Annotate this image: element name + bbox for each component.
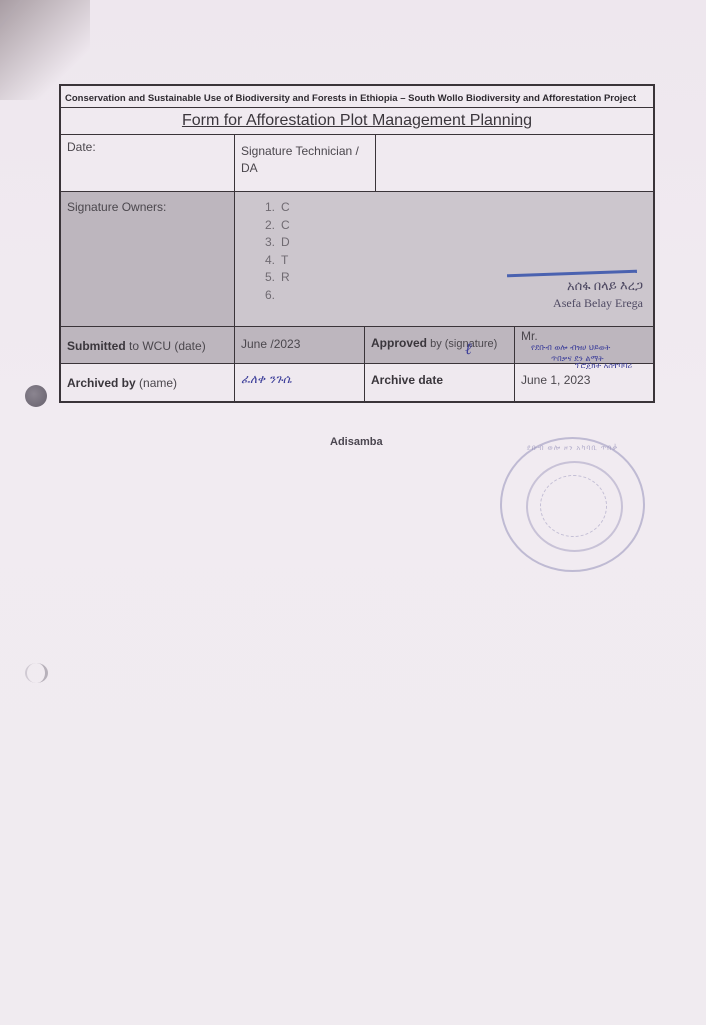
owner-item: 3.D — [265, 234, 647, 252]
technician-signature-field[interactable] — [376, 135, 653, 191]
owners-stamp-latin: Asefa Belay Erega — [553, 296, 643, 311]
owners-stamp-amharic: አሰፋ በላይ እረጋ — [567, 278, 643, 294]
project-header: Conservation and Sustainable Use of Biod… — [61, 86, 653, 107]
official-seal: ደቡብ ወሎ ዞን አካባቢ ጥበቃ — [500, 437, 645, 572]
project-header-row: Conservation and Sustainable Use of Biod… — [61, 86, 653, 108]
punch-hole — [25, 385, 47, 407]
approved-signature-field[interactable]: Mr. የደቡብ ወሎ ብዝሀ ህይወት ጥበቃና ደን ልማት — [515, 327, 653, 363]
owner-item: 4.T — [265, 252, 647, 270]
archive-date-label: Archive date — [365, 364, 515, 401]
archive-date-field[interactable]: June 1, 2023 ፕሮጀክት አስተባባሪ — [515, 364, 653, 401]
form-title-row: Form for Afforestation Plot Management P… — [61, 108, 653, 135]
owners-label: Signature Owners: — [61, 192, 235, 326]
archived-by-field[interactable]: ፈለቀ ንጉሴ — [235, 364, 365, 401]
date-row: Date: Signature Technician / DA — [61, 135, 653, 192]
approved-stamp-line: ፕሮጀክት አስተባባሪ — [575, 361, 632, 371]
owner-item: 1.C — [265, 199, 647, 217]
location-label: Adisamba — [330, 436, 383, 448]
approved-stamp-line: የደቡብ ወሎ ብዝሀ ህይወት — [521, 342, 647, 353]
date-label: Date: — [61, 135, 235, 191]
owner-item: 2.C — [265, 217, 647, 235]
archived-row: Archived by (name) ፈለቀ ንጉሴ Archive date … — [61, 364, 653, 401]
submitted-date-field[interactable]: June /2023 — [235, 327, 365, 363]
approved-label: Approved by (signature) ℓ — [365, 327, 515, 363]
form-title: Form for Afforestation Plot Management P… — [61, 108, 653, 134]
submitted-label: Submitted to WCU (date) — [61, 327, 235, 363]
technician-label: Signature Technician / DA — [235, 135, 376, 191]
approver-signature: ℓ — [465, 339, 472, 359]
archived-label: Archived by (name) — [61, 364, 235, 401]
owners-field[interactable]: 1.C 2.C 3.D 4.T 5.R 6. አሰፋ በላይ እረጋ Asefa… — [235, 192, 653, 326]
punch-mark — [25, 663, 48, 683]
submitted-row: Submitted to WCU (date) June /2023 Appro… — [61, 327, 653, 364]
seal-text: ደቡብ ወሎ ዞን አካባቢ ጥበቃ — [502, 445, 643, 453]
management-plan-form: Conservation and Sustainable Use of Biod… — [59, 84, 655, 403]
owners-row: Signature Owners: 1.C 2.C 3.D 4.T 5.R 6.… — [61, 192, 653, 327]
